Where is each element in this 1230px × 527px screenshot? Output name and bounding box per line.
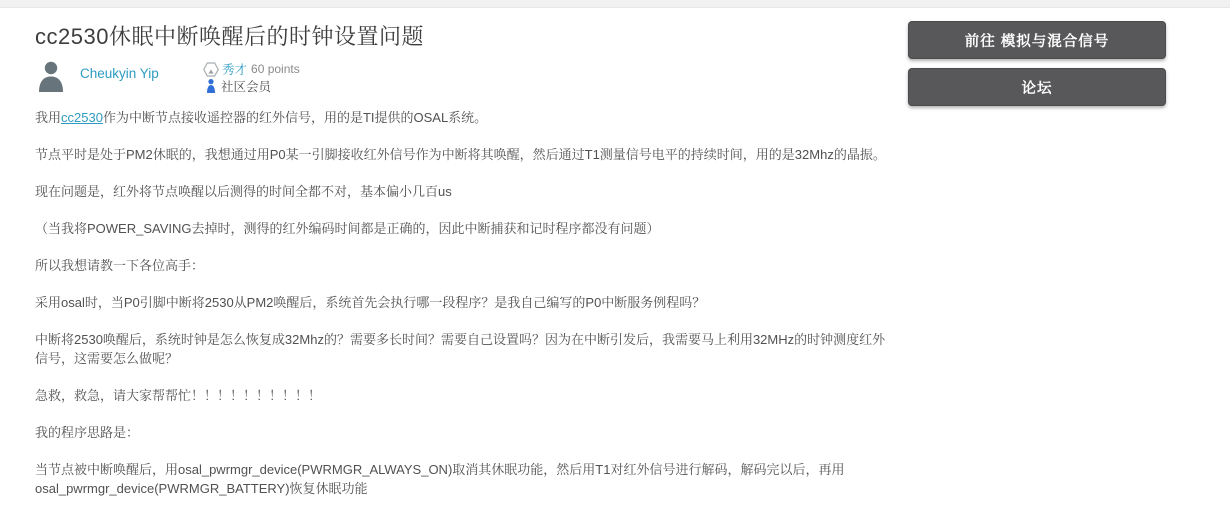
paragraph-10: 当节点被中断唤醒后，用osal_pwrmgr_device(PWRMGR_ALW…	[35, 460, 887, 498]
author-badges: 秀才 60 points 社区会员	[203, 61, 300, 95]
paragraph-1: 我用cc2530作为中断节点接收遥控器的红外信号，用的是TI提供的OSAL系统。	[35, 108, 887, 127]
paragraph-4: （当我将POWER_SAVING去掉时，测得的红外编码时间都是正确的，因此中断捕…	[35, 219, 887, 238]
paragraph-2: 节点平时是处于PM2休眠的，我想通过用P0某一引脚接收红外信号作为中断将其唤醒，…	[35, 145, 887, 164]
points-label: 60 points	[251, 62, 300, 76]
top-strip	[0, 0, 1230, 8]
avatar[interactable]	[37, 60, 65, 92]
rank-badge: 秀才 60 points	[203, 61, 300, 77]
page-title: cc2530休眠中断唤醒后的时钟设置问题	[35, 20, 424, 51]
paragraph-9: 我的程序思路是：	[35, 423, 887, 442]
paragraph-3: 现在问题是，红外将节点唤醒以后测得的时间全都不对，基本偏小几百us	[35, 182, 887, 201]
cc2530-link[interactable]: cc2530	[61, 110, 103, 125]
paragraph-7: 中断将2530唤醒后，系统时钟是怎么恢复成32Mhz的？需要多长时间？需要自己设…	[35, 330, 887, 368]
sidebar: 前往 模拟与混合信号 论坛	[908, 21, 1166, 115]
paragraph-8: 急救，救急，请大家帮帮忙！！！！！！！！！！	[35, 386, 887, 405]
goto-analog-mixed-signal-button[interactable]: 前往 模拟与混合信号	[908, 21, 1166, 59]
paragraph-6: 采用osal时，当P0引脚中断将2530从PM2唤醒后，系统首先会执行哪一段程序…	[35, 293, 887, 312]
member-badge: 社区会员	[203, 78, 300, 94]
author-name-link[interactable]: Cheukyin Yip	[80, 66, 159, 81]
paragraph-text: 作为中断节点接收遥控器的红外信号，用的是TI提供的OSAL系统。	[103, 110, 487, 125]
paragraph-text: 我用	[35, 110, 61, 125]
post-body: 我用cc2530作为中断节点接收遥控器的红外信号，用的是TI提供的OSAL系统。…	[35, 108, 887, 516]
forum-button[interactable]: 论坛	[908, 68, 1166, 106]
member-pin-icon	[206, 79, 216, 93]
rank-label: 秀才	[222, 60, 247, 78]
member-label: 社区会员	[221, 77, 271, 95]
person-silhouette-icon	[37, 60, 65, 92]
author-row: Cheukyin Yip 秀才 60 points 社区会员	[35, 58, 435, 100]
rank-hexagon-icon	[203, 62, 219, 77]
paragraph-5: 所以我想请教一下各位高手：	[35, 256, 887, 275]
